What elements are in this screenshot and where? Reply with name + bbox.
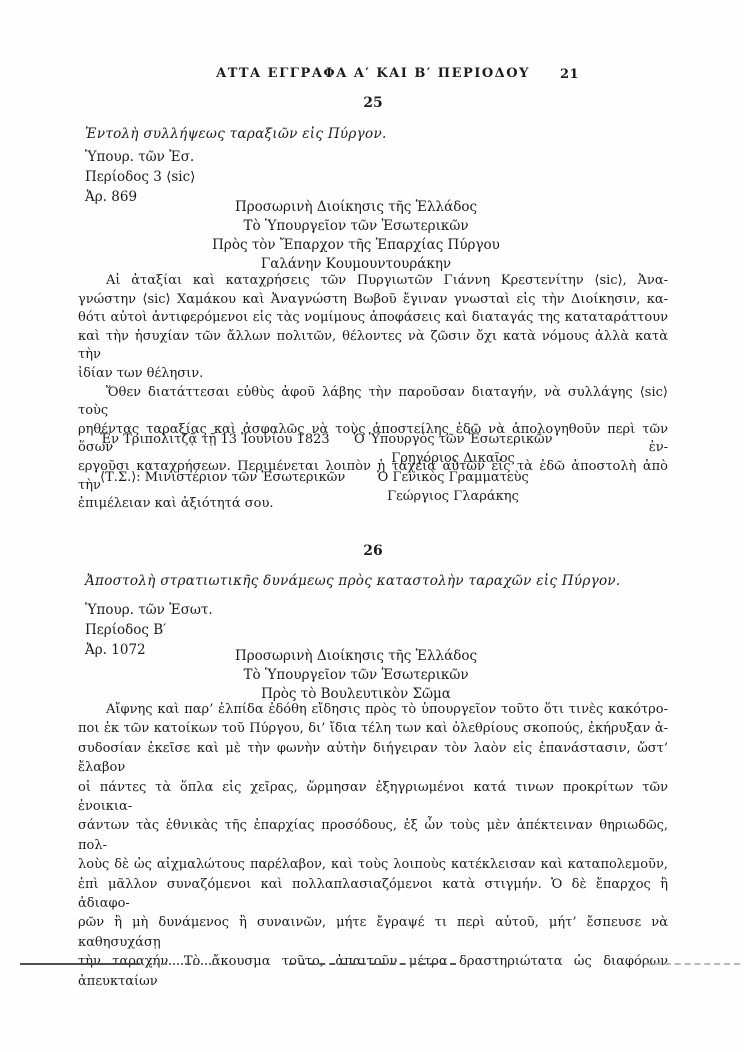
paragraph: Αἴφνης καὶ παρ’ ἐλπίδα ἐδόθη εἴδησις πρὸ… <box>78 700 668 991</box>
text-line: Τὸ Ὑπουργεῖον τῶν Ἐσωτερικῶν <box>78 666 634 685</box>
text-line: ἐπὶ μᾶλλον συναζόμενοι καὶ πολλαπλασιαζό… <box>78 875 668 914</box>
text-line: Ὑπουρ. τῶν Ἐσωτ. <box>85 600 213 620</box>
document-25-address-block: Προσωρινὴ Διοίκησις τῆς ἙλλάδοςΤὸ Ὑπουργ… <box>78 198 634 274</box>
signature-row: Ἐν Τριπολιτζᾷ τῇ 13 Ἰουνίου 1823 Ὁ Ὑπουρ… <box>78 430 668 449</box>
text-line: Περίοδος Β′ <box>85 620 213 640</box>
minister-name: Γρηγόριος Δικαῖος <box>318 449 588 468</box>
text-line: καὶ τὴν ἡσυχίαν τῶν ἄλλων πολιτῶν, θέλον… <box>78 328 668 365</box>
text-line: Αἴφνης καὶ παρ’ ἐλπίδα ἐδόθη εἴδησις πρὸ… <box>78 700 668 719</box>
running-head: ΑΤΤΑ ΕΓΓΡΑΦΑ Α′ ΚΑΙ Β′ ΠΕΡΙΟΔΟΥ <box>78 66 668 81</box>
signature-row: Γρηγόριος Δικαῖος <box>78 449 668 468</box>
text-line: Ὑπουρ. τῶν Ἐσ. <box>85 147 195 167</box>
text-line: ρῶν ἢ μὴ δυνάμενος ἢ συναινῶν, μήτε ἔγρα… <box>78 913 668 952</box>
text-line: Ὅθεν διατάττεσαι εὐθὺς ἀφοῦ λάβης τὴν πα… <box>78 384 668 421</box>
document-25-signature-block: Ἐν Τριπολιτζᾷ τῇ 13 Ἰουνίου 1823 Ὁ Ὑπουρ… <box>78 430 668 506</box>
signature-row: ⟨Τ.Σ.⟩: Μινιστέριον τῶν Ἐσωτερικῶν Ὁ Γεν… <box>78 468 668 487</box>
text-line: οἱ πάντες τὰ ὅπλα εἰς χεῖρας, ὥρμησαν ἐξ… <box>78 778 668 817</box>
document-25-number: 25 <box>78 95 668 111</box>
document-25-title: Ἐντολὴ συλλήψεως ταραξιῶν εἰς Πύργον. <box>85 126 387 142</box>
scan-artifact-line <box>150 963 214 965</box>
document-26-address-block: Προσωρινὴ Διοίκησις τῆς ἙλλάδοςΤὸ Ὑπουργ… <box>78 647 634 704</box>
text-line: Πρὸς τὸν Ἔπαρχον τῆς Ἐπαρχίας Πύργου <box>78 236 634 255</box>
text-line: Αἱ ἀταξίαι καὶ καταχρήσεις τῶν Πυργιωτῶν… <box>78 272 668 291</box>
scanned-document-page: ΑΤΤΑ ΕΓΓΡΑΦΑ Α′ ΚΑΙ Β′ ΠΕΡΙΟΔΟΥ 21 25 Ἐν… <box>0 0 744 1052</box>
text-line: ἰδίαν των θέλησιν. <box>78 365 668 384</box>
scan-artifact-line <box>645 963 740 965</box>
secretary-title: Ὁ Γενικὸς Γραμματεὺς <box>318 468 588 487</box>
dateline: Ἐν Τριπολιτζᾷ τῇ 13 Ἰουνίου 1823 <box>78 430 318 449</box>
scan-artifact-line <box>289 963 456 965</box>
document-26-body: Αἴφνης καὶ παρ’ ἐλπίδα ἐδόθη εἴδησις πρὸ… <box>78 700 668 991</box>
text-line: ποι ἐκ τῶν κατοίκων τοῦ Πύργου, δι’ ἴδια… <box>78 719 668 738</box>
page-header: ΑΤΤΑ ΕΓΓΡΑΦΑ Α′ ΚΑΙ Β′ ΠΕΡΙΟΔΟΥ 21 <box>78 66 668 86</box>
text-line: λοὺς δὲ ὡς αἰχμαλώτους παρέλαβον, καὶ το… <box>78 855 668 874</box>
signature-row: Γεώργιος Γλαράκης <box>78 487 668 506</box>
text-line: Τὸ Ὑπουργεῖον τῶν Ἐσωτερικῶν <box>78 217 634 236</box>
text-line: Περίοδος 3 ⟨sic⟩ <box>85 167 195 187</box>
text-line: σάντων τὰς ἐθνικὰς τῆς ἐπαρχίας προσόδου… <box>78 816 668 855</box>
text-line: συδοσίαν ἐκεῖσε καὶ μὲ τὴν φωνὴν αὐτὴν δ… <box>78 739 668 778</box>
document-26-number: 26 <box>78 543 668 559</box>
paragraph: Αἱ ἀταξίαι καὶ καταχρήσεις τῶν Πυργιωτῶν… <box>78 272 668 384</box>
empty-cell <box>78 487 318 506</box>
secretary-name: Γεώργιος Γλαράκης <box>318 487 588 506</box>
text-line: τὴν ταραχήν. Τὸ ἄκουσμα τοῦτο, ἀπαιτοῦν … <box>78 952 668 991</box>
text-line: θότι αὐτοὶ ἀντιφερόμενοι εἰς τὰς νομίμου… <box>78 309 668 328</box>
text-line: Προσωρινὴ Διοίκησις τῆς Ἑλλάδος <box>78 198 634 217</box>
empty-cell <box>78 449 318 468</box>
minister-title: Ὁ Ὑπουργὸς τῶν Ἐσωτερικῶν <box>318 430 588 449</box>
text-line: γνώστην ⟨sic⟩ Χαμάκου καὶ Ἀναγνώστη Βωβο… <box>78 291 668 310</box>
page-number: 21 <box>560 67 579 82</box>
scan-artifact-line <box>20 963 140 965</box>
text-line: Προσωρινὴ Διοίκησις τῆς Ἑλλάδος <box>78 647 634 666</box>
seal-line: ⟨Τ.Σ.⟩: Μινιστέριον τῶν Ἐσωτερικῶν <box>78 468 318 487</box>
document-26-title: Ἀποστολὴ στρατιωτικῆς δυνάμεως πρὸς κατα… <box>85 573 621 589</box>
